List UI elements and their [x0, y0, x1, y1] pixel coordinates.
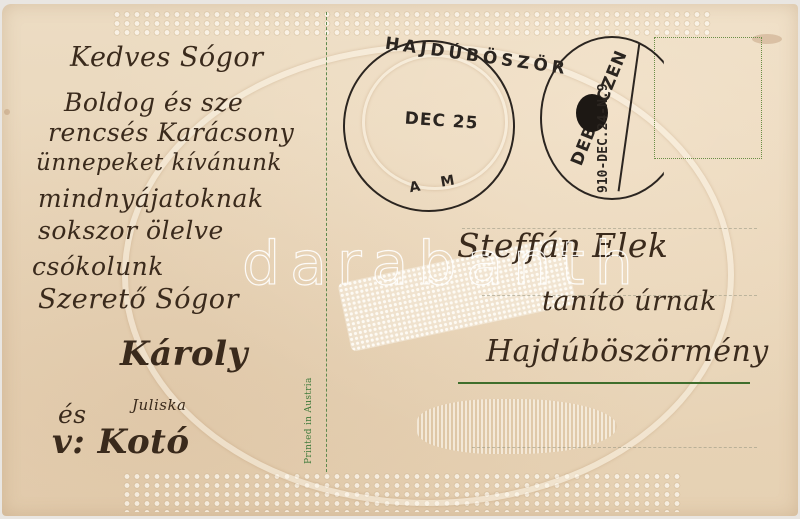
postcard-back: HAJDÚBÖSZÖR DEC 25 A M DEBRECZEN 910-DEC…	[2, 4, 798, 516]
postmark-debreczen: DEBRECZEN 910-DEC.24-N.9	[540, 36, 684, 200]
message-line: mindnyájatoknak	[38, 184, 264, 213]
postmark-date: 910-DEC.24-N.9	[596, 83, 611, 193]
address-line-green	[458, 382, 750, 384]
message-line: csókolunk	[32, 252, 164, 281]
signature-juliska: Juliska	[132, 396, 187, 414]
address-town: Hajdúböszörmény	[486, 334, 769, 369]
signature-koto: v: Kotó	[52, 422, 190, 462]
postmark-bottom: A M	[408, 171, 464, 196]
stain	[4, 109, 10, 115]
address-recipient-name: Steffán Elek	[457, 226, 668, 265]
embossed-border-top	[112, 10, 712, 38]
stamp-placeholder-box	[654, 37, 762, 159]
message-line: rencsés Karácsony	[48, 118, 294, 147]
signature-karoly: Károly	[120, 334, 248, 374]
printed-in-austria-label: Printed in Austria	[304, 377, 314, 464]
postmark-date: DEC 25	[404, 109, 479, 134]
postmark-town: HAJDÚBÖSZÖR	[384, 34, 570, 80]
message-line: Boldog és sze	[64, 88, 243, 117]
message-line: sokszor ölelve	[38, 216, 224, 245]
embossed-shoe-motif	[417, 399, 617, 454]
message-line: Kedves Sógor	[70, 42, 264, 73]
address-recipient-title: tanító úrnak	[542, 286, 717, 317]
message-line: ünnepeket kívánunk	[36, 150, 282, 176]
message-line: Szerető Sógor	[38, 284, 239, 315]
center-divider-line	[326, 12, 327, 472]
address-line	[472, 447, 757, 448]
